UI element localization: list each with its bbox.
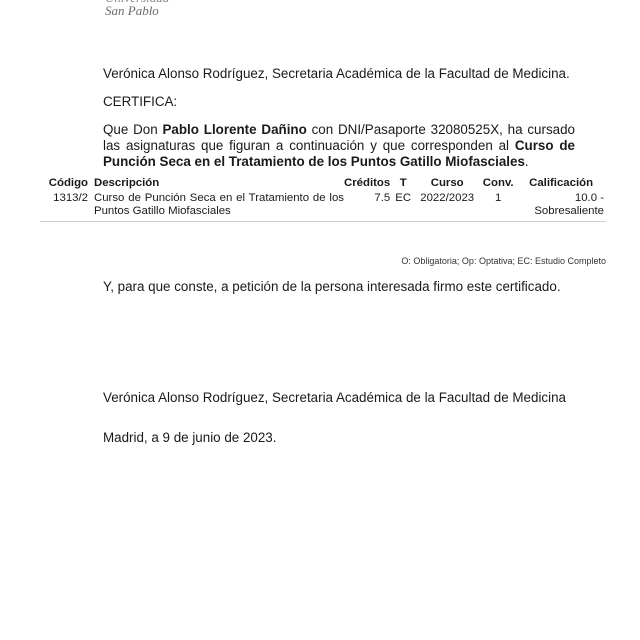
signature-line: Verónica Alonso Rodríguez, Secretaria Ac… xyxy=(103,390,575,406)
cell-descripcion: Curso de Punción Seca en el Tratamiento … xyxy=(88,191,344,222)
cell-calificacion: 10.0 - Sobresaliente xyxy=(518,191,606,222)
header-calificacion: Calificación xyxy=(518,177,606,191)
cell-tipo: EC xyxy=(390,191,416,222)
certifica-heading: CERTIFICA: xyxy=(103,94,575,110)
courses-table: Código Descripción Créditos T Curso Conv… xyxy=(40,177,606,222)
header-codigo: Código xyxy=(40,177,88,191)
closing-statement: Y, para que conste, a petición de la per… xyxy=(103,279,575,295)
header-conv: Conv. xyxy=(478,177,518,191)
type-legend: O: Obligatoria; Op: Optativa; EC: Estudi… xyxy=(401,256,606,266)
table-row: 1313/2 Curso de Punción Seca en el Trata… xyxy=(40,191,606,222)
table-header-row: Código Descripción Créditos T Curso Conv… xyxy=(40,177,606,191)
header-curso: Curso xyxy=(416,177,478,191)
issuer-line: Verónica Alonso Rodríguez, Secretaria Ac… xyxy=(103,66,575,82)
university-logo: Universidad San Pablo xyxy=(105,0,169,17)
header-descripcion: Descripción xyxy=(88,177,344,191)
student-name: Pablo Llorente Dañino xyxy=(163,122,307,137)
certification-statement: Que Don Pablo Llorente Dañino con DNI/Pa… xyxy=(103,122,575,170)
header-tipo: T xyxy=(390,177,416,191)
header-creditos: Créditos xyxy=(344,177,390,191)
statement-prefix: Que Don xyxy=(103,122,163,137)
cell-curso: 2022/2023 xyxy=(416,191,478,222)
statement-suffix: . xyxy=(525,154,529,169)
logo-line-2: San Pablo xyxy=(105,4,169,17)
cell-codigo: 1313/2 xyxy=(40,191,88,222)
cell-creditos: 7.5 xyxy=(344,191,390,222)
cell-conv: 1 xyxy=(478,191,518,222)
place-date: Madrid, a 9 de junio de 2023. xyxy=(103,430,575,446)
